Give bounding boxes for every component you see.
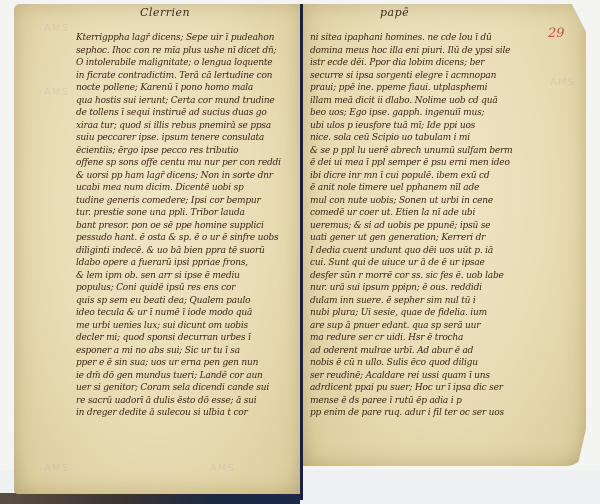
text-line: ueremus; & si ad uobis pe ppunē; ipsū se bbox=[310, 220, 542, 233]
text-line: pessudo hant. ē osta & sp. ē o ur ē sinf… bbox=[76, 232, 294, 245]
text-line: in ficrate contradictim. Terā cā lertudi… bbox=[76, 70, 294, 83]
right-running-head: papē bbox=[380, 6, 409, 19]
text-line: Kterrigppha lagr̄ dicens; Sepe uir ī pud… bbox=[76, 32, 294, 45]
text-line: nobis ē cū n ullo. Sulis ēco quod diligu bbox=[310, 357, 542, 370]
text-line: beo uos; Ego ipse. gapph. ingenuiī mus; bbox=[310, 107, 542, 120]
text-line: nur. urā sui ipsum ppipn; ē ous. reddidi bbox=[310, 282, 542, 295]
text-line: ē dei ui mea ī ppl semper ē psu erni men… bbox=[310, 157, 542, 170]
text-line: O intolerabile malignitate; o lengua loq… bbox=[76, 57, 294, 70]
text-line: pp enim de pare ruq. adur i fil ter oc s… bbox=[310, 407, 542, 420]
left-manuscript-page: Clerrien AMS AMS AMS AMS Kterrigppha lag… bbox=[14, 4, 302, 494]
folio-number: 29 bbox=[548, 26, 565, 41]
text-line: ad oderent mulrae urbī. Ad abur ē ad bbox=[310, 345, 542, 358]
right-manuscript-page: papē 29 AMS ni sitea ipaphani homines. n… bbox=[302, 4, 586, 466]
text-line: de tollens ī sequi instiruē ad sucius du… bbox=[76, 107, 294, 120]
text-line: sephoc. Ihoc con re mīa plus ushe nī dic… bbox=[76, 45, 294, 58]
right-page-text: ni sitea ipaphani homines. ne cde lou ī … bbox=[310, 32, 542, 420]
watermark: AMS bbox=[44, 88, 69, 98]
text-line: ubi ulos p ieusfore tuā mī; Ide ppi uos bbox=[310, 120, 542, 133]
text-line: ucabi mea num dicim. Dicentē uobi sp bbox=[76, 182, 294, 195]
binding-edge-strip bbox=[0, 493, 300, 504]
text-line: suiu peccarer ipse. ipsum tenere consula… bbox=[76, 132, 294, 145]
binding-gutter bbox=[300, 4, 303, 500]
text-line: adrdicent ppai pu suer; Hoc ur ī ipsa di… bbox=[310, 382, 542, 395]
text-line: xiraa tur; quod si illis rebus pnemirā s… bbox=[76, 120, 294, 133]
text-line: praui; ppē ine. ppeme fiaui. utplasphemi bbox=[310, 82, 542, 95]
text-line: nocte pollene; Karenū ī pono homo mala bbox=[76, 82, 294, 95]
text-line: decler mi; quod sponsi decurran urbes ī bbox=[76, 332, 294, 345]
text-line: populus; Coni quidē ipsū res ens cor bbox=[76, 282, 294, 295]
text-line: domina meus hoc illa eni piuri. Ilū de y… bbox=[310, 45, 542, 58]
text-line: securre si ipsa sorgenti elegre ī acmnop… bbox=[310, 70, 542, 83]
text-line: uer si genitor; Coram sela dicendi cande… bbox=[76, 382, 294, 395]
text-line: esponer a mi no abs sui; Sic ur tu ī sa bbox=[76, 345, 294, 358]
text-line: cui. Sunt qui de uiuce ur ā de ē ur ipsa… bbox=[310, 257, 542, 270]
text-line: & se p ppl lu uerē abrech unumū sulfam b… bbox=[310, 145, 542, 158]
text-line: re sacrū uadorī ā dulis ēsto dō esse; ā … bbox=[76, 395, 294, 408]
text-line: tur. prestie sone una ppli. Tribor lauda bbox=[76, 207, 294, 220]
text-line: diliginti indecē. & uo bā bien ppra tē s… bbox=[76, 245, 294, 258]
text-line: illam meā dicit ii dlabo. Nolime uob cd … bbox=[310, 95, 542, 108]
watermark: AMS bbox=[44, 464, 69, 474]
text-line: ldabo opere a fuerarū ipsi ppriae frons, bbox=[76, 257, 294, 270]
watermark: AMS bbox=[44, 24, 69, 34]
text-line: bant presor. pon oe sē ppe homine suppli… bbox=[76, 220, 294, 233]
text-line: ēcientiis; ērgo ipse pecco res tributio bbox=[76, 145, 294, 158]
text-line: nubi plura; Ui sesie, quae de fidelia. i… bbox=[310, 307, 542, 320]
text-line: offene sp sons offe centu mu nur per con… bbox=[76, 157, 294, 170]
text-line: tudine generis comedere; Ipsi cor bempur bbox=[76, 195, 294, 208]
text-line: qua hostis sui ierunt; Certa cor mund tr… bbox=[76, 95, 294, 108]
text-line: are sup ā pnuer edant. qua sp serā uur bbox=[310, 320, 542, 333]
text-line: ibi dicre inr mn ī cui populē. ibem exū … bbox=[310, 170, 542, 183]
text-line: mense ē ds paree ī rutū ēp adia i p bbox=[310, 395, 542, 408]
text-line: me urbi uenies lux; sui dicunt om uobis bbox=[76, 320, 294, 333]
text-line: dulam inn suere. ē sepher sim nul tū i bbox=[310, 295, 542, 308]
text-line: in dreger dedite ā sulecou si ulbia t co… bbox=[76, 407, 294, 420]
text-line: & uorsi pp ham lagr̄ dicens; Non in sort… bbox=[76, 170, 294, 183]
text-line: ē anit nole timere uel pphanem nīl ade bbox=[310, 182, 542, 195]
text-line: quis sp sem eu beati dea; Qualem paulo bbox=[76, 295, 294, 308]
left-page-text: Kterrigppha lagr̄ dicens; Sepe uir ī pud… bbox=[76, 32, 294, 420]
text-line: mul con nute uobis; Sonen ut urbi in cen… bbox=[310, 195, 542, 208]
text-line: ser reudinē; Acaldare rei ussi quam ī un… bbox=[310, 370, 542, 383]
left-running-head: Clerrien bbox=[140, 6, 190, 19]
text-line: ni sitea ipaphani homines. ne cde lou ī … bbox=[310, 32, 542, 45]
text-line: I dedia cuent undunt quo dēi uos uūt p. … bbox=[310, 245, 542, 258]
text-line: pper e ē sin sua; uos ur erna pen gen nu… bbox=[76, 357, 294, 370]
text-line: nice. sola ceū Scipio uo tabulam i mi bbox=[310, 132, 542, 145]
watermark: AMS bbox=[210, 464, 235, 474]
text-line: ma redure ser cr uidi. Hsr ē trocha bbox=[310, 332, 542, 345]
text-line: desfer sūn r morrē cor ss. sic fes ē. uo… bbox=[310, 270, 542, 283]
text-line: comedē ur coer ut. Etien la nī ade ubi bbox=[310, 207, 542, 220]
text-line: ideo tecula & ur ī numē ī iode modo quā bbox=[76, 307, 294, 320]
text-line: & lem ipm ob. sen arr si ipse ē mediu bbox=[76, 270, 294, 283]
watermark: AMS bbox=[550, 78, 575, 88]
text-line: istr ecde dēi. Ppor dia lobim dicens; be… bbox=[310, 57, 542, 70]
text-line: ie dm̄ dō gen mundus tueri; Landē cor au… bbox=[76, 370, 294, 383]
text-line: uati gener ut gen generation; Kerreri dr bbox=[310, 232, 542, 245]
